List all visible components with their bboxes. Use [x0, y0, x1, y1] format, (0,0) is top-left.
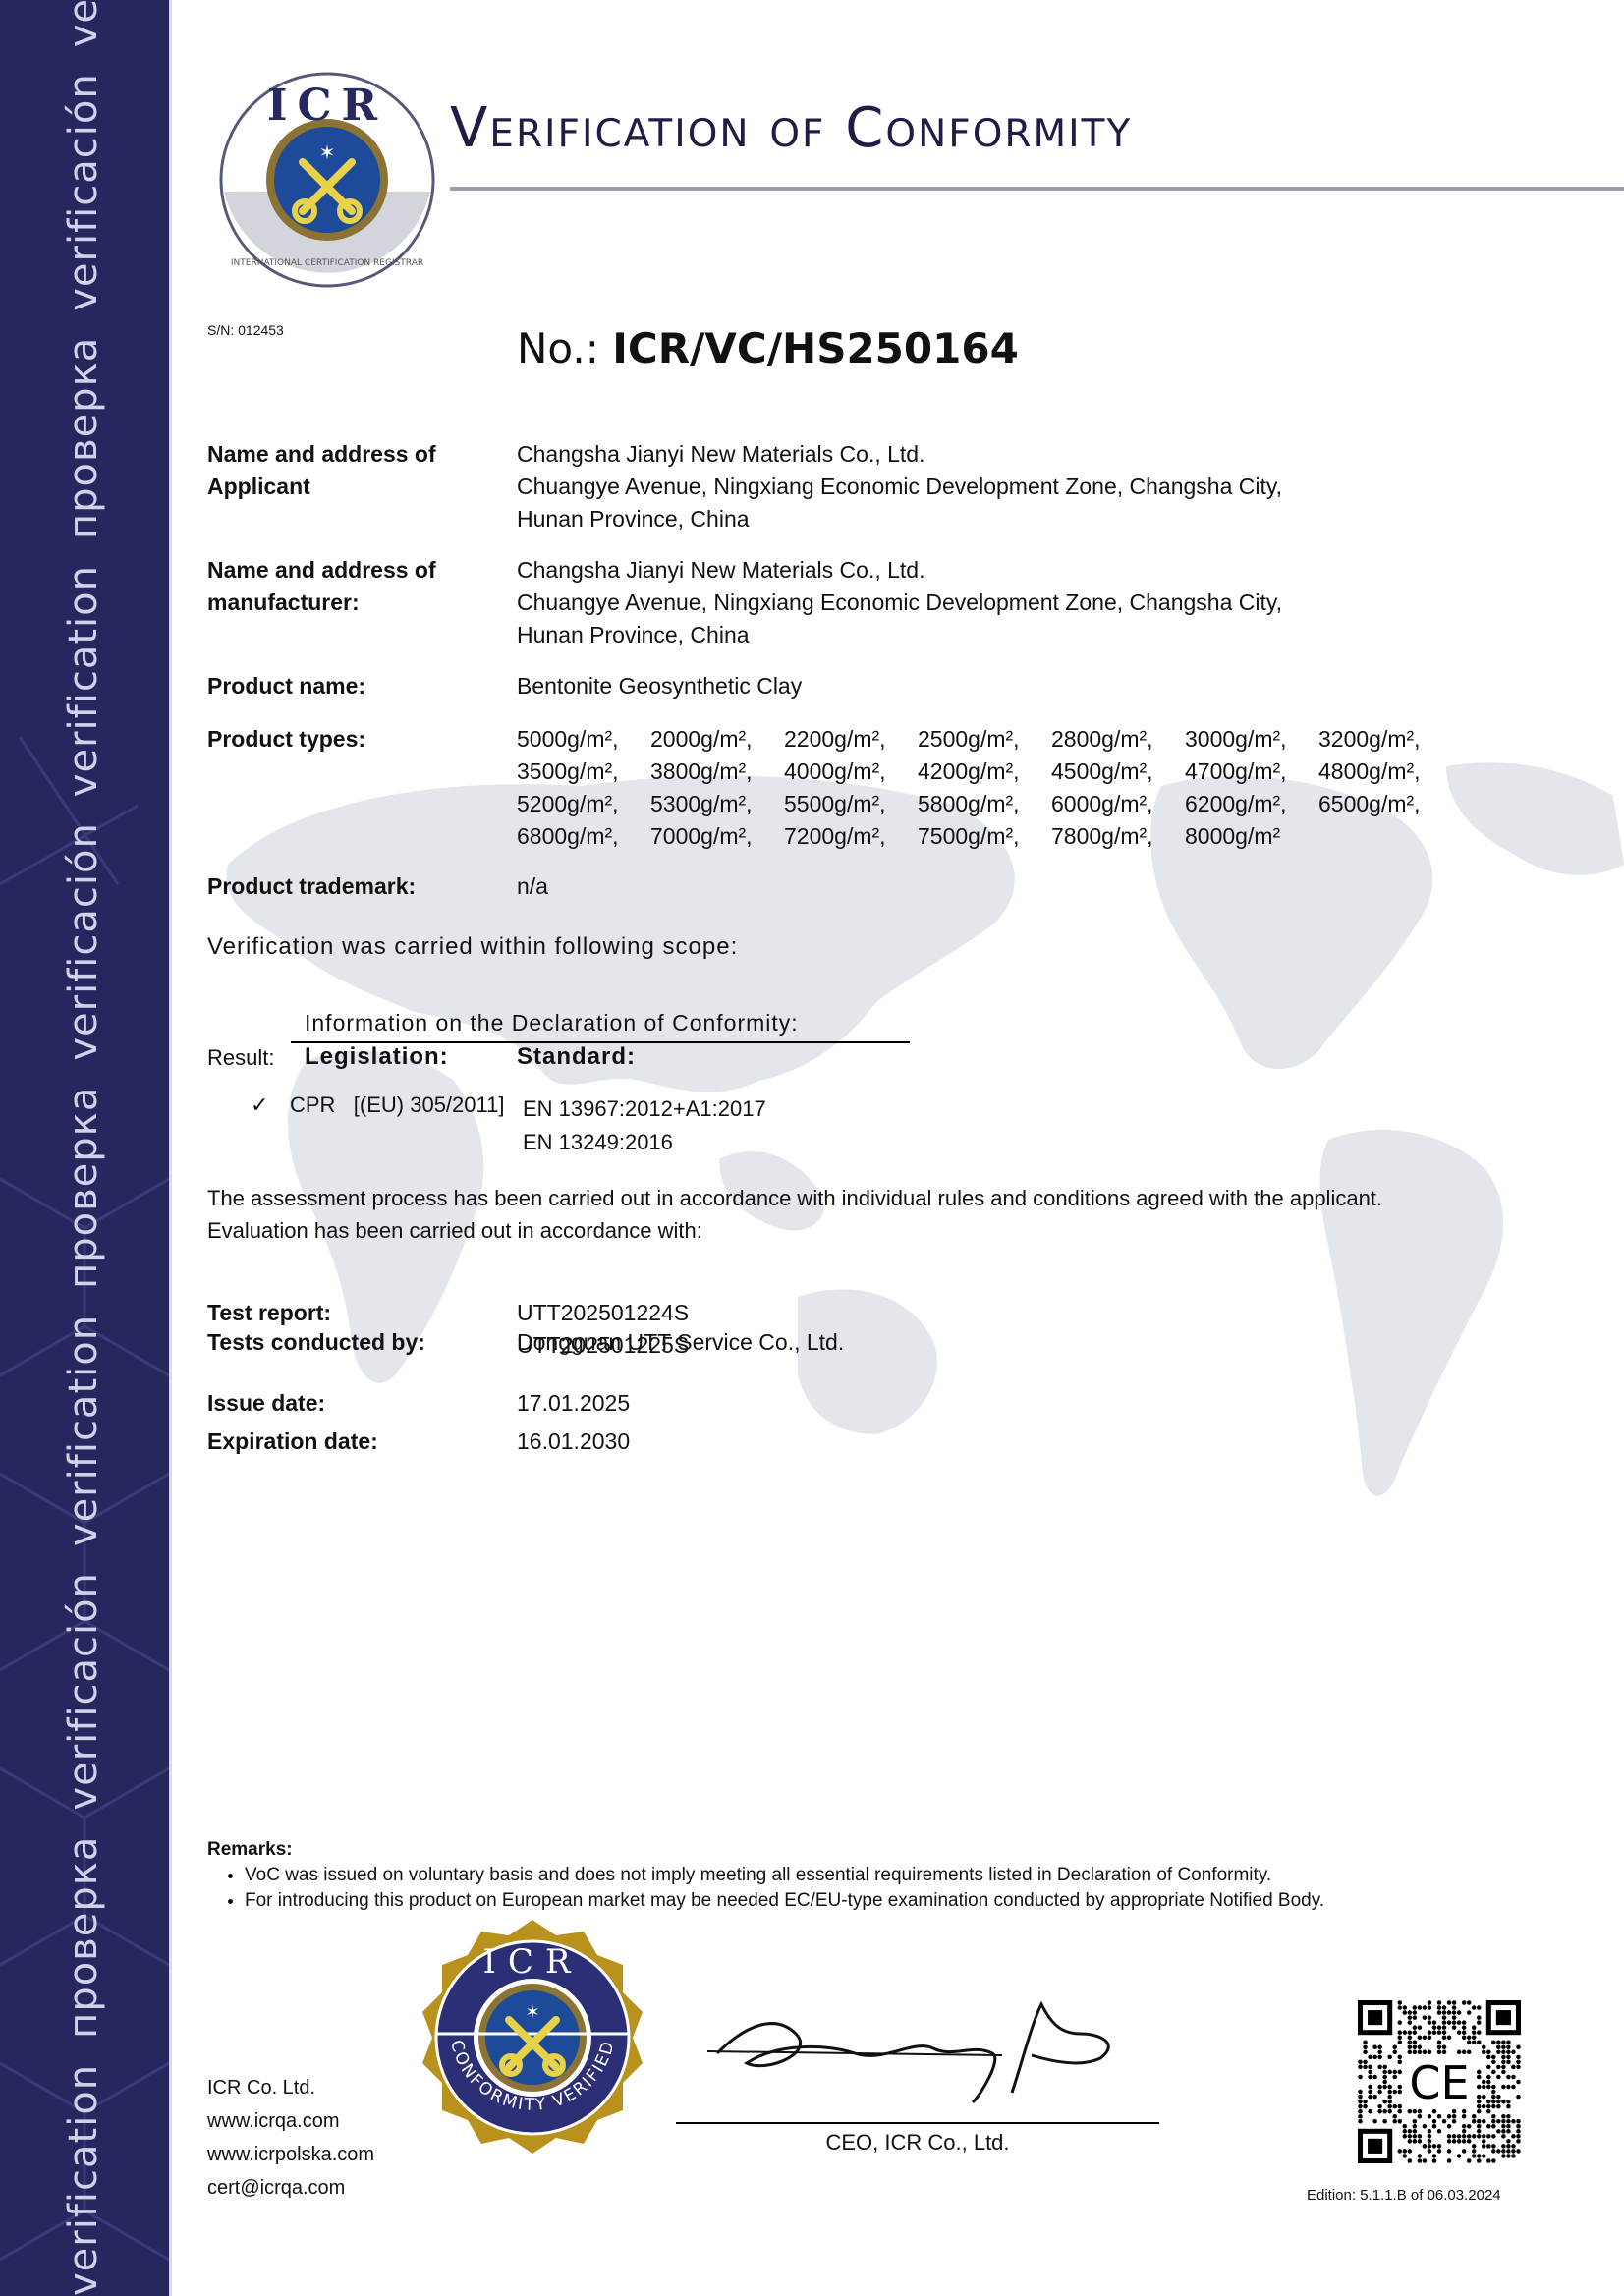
product-type-item: 3000g/m², — [1185, 723, 1318, 756]
document-number-value: ICR/VC/HS250164 — [612, 324, 1019, 372]
remark-item: For introducing this product on European… — [245, 1888, 1324, 1914]
standard-header: Standard: — [517, 1043, 636, 1071]
svg-text:✶: ✶ — [525, 2002, 539, 2022]
sidebar-word: verificación — [61, 822, 106, 1060]
product-type-item: 5200g/m², — [517, 788, 650, 820]
product-type-item: 3500g/m², — [517, 756, 650, 788]
product-type-item: 6500g/m², — [1318, 788, 1452, 820]
icr-logo-icon: ICR ✶ INTERNATIONAL CERTIFICATION REGIST… — [216, 69, 438, 291]
sidebar-word: проверка — [61, 337, 106, 539]
title-underline — [450, 187, 1624, 191]
product-type-item: 4200g/m², — [918, 756, 1051, 788]
sidebar-word: проверка — [61, 1087, 106, 1289]
sidebar-word: verificación — [61, 1572, 106, 1810]
legislation-header: Legislation: — [305, 1043, 449, 1071]
manufacturer-line: Hunan Province, China — [517, 619, 1597, 651]
product-type-item: 7500g/m², — [918, 820, 1051, 853]
applicant-label: Name and address of Applicant — [207, 438, 502, 503]
svg-text:CE: CE — [1409, 2056, 1469, 2109]
product-name-label: Product name: — [207, 670, 502, 702]
product-type-item: 3800g/m², — [650, 756, 784, 788]
trademark-label: Product trademark: — [207, 870, 502, 903]
test-report-label: Test report: — [207, 1297, 502, 1329]
signature-icon — [688, 1985, 1159, 2112]
manufacturer-line: Changsha Jianyi New Materials Co., Ltd. — [517, 554, 1597, 587]
product-type-item: 7800g/m², — [1051, 820, 1185, 853]
product-type-item: 8000g/m² — [1185, 820, 1318, 853]
doc-info-heading: Information on the Declaration of Confor… — [305, 1010, 799, 1036]
product-type-item: 4800g/m², — [1318, 756, 1452, 788]
trademark-value: n/a — [517, 870, 1597, 903]
edition-text: Edition: 5.1.1.B of 06.03.2024 — [1307, 2187, 1501, 2204]
product-type-item: 3200g/m², — [1318, 723, 1452, 756]
svg-text:ICR: ICR — [482, 1942, 582, 1982]
product-type-item: 5500g/m², — [784, 788, 918, 820]
product-type-item: 2800g/m², — [1051, 723, 1185, 756]
product-type-item: 6800g/m², — [517, 820, 650, 853]
product-type-item: 7200g/m², — [784, 820, 918, 853]
product-types-label: Product types: — [207, 723, 502, 756]
product-type-item: 4500g/m², — [1051, 756, 1185, 788]
svg-text:INTERNATIONAL CERTIFICATION RE: INTERNATIONAL CERTIFICATION REGISTRAR — [231, 258, 423, 268]
assessment-line: Evaluation has been carried out in accor… — [207, 1214, 1382, 1247]
sidebar-banner: verificationпроверкаverificaciónverifica… — [0, 0, 172, 2296]
product-type-item: 4700g/m², — [1185, 756, 1318, 788]
expiration-date-label: Expiration date: — [207, 1426, 502, 1458]
product-type-item: 5000g/m², — [517, 723, 650, 756]
applicant-line: Chuangye Avenue, Ningxiang Economic Deve… — [517, 471, 1597, 503]
product-type-item: 5300g/m², — [650, 788, 784, 820]
qr-code-icon[interactable]: CE — [1358, 2000, 1521, 2163]
website-link[interactable]: www.icrpolska.com — [207, 2138, 374, 2171]
sidebar-word: verificación — [61, 73, 106, 310]
scope-intro: Verification was carried within followin… — [207, 933, 738, 961]
document-number-prefix: No.: — [517, 324, 599, 372]
issue-date-value: 17.01.2025 — [517, 1387, 1597, 1420]
legislation-value: CPR [(EU) 305/2011] — [290, 1092, 504, 1118]
company-name: ICR Co. Ltd. — [207, 2071, 374, 2104]
product-type-item: 4000g/m², — [784, 756, 918, 788]
applicant-line: Hunan Province, China — [517, 503, 1597, 535]
product-type-item: 6200g/m², — [1185, 788, 1318, 820]
document-number: No.: ICR/VC/HS250164 — [517, 324, 1019, 372]
product-name-value: Bentonite Geosynthetic Clay — [517, 670, 1597, 702]
conformity-verified-seal-icon: ICR ✶ CONFORMITY VERIFIED — [413, 1918, 652, 2154]
sidebar-word: verification — [61, 565, 106, 797]
remarks-section: Remarks: VoC was issued on voluntary bas… — [207, 1837, 1324, 1914]
product-type-item: 2200g/m², — [784, 723, 918, 756]
standard-item: EN 13967:2012+A1:2017 — [523, 1092, 766, 1126]
sidebar-word: verification — [61, 2064, 106, 2296]
applicant-value: Changsha Jianyi New Materials Co., Ltd. … — [517, 438, 1597, 535]
sidebar-watermark-text: verificationпроверкаverificaciónverifica… — [29, 0, 138, 2296]
expiration-date-value: 16.01.2030 — [517, 1426, 1597, 1458]
tests-by-value: Dongguan UTT Service Co., Ltd. — [517, 1326, 1597, 1359]
remark-item: VoC was issued on voluntary basis and do… — [245, 1863, 1324, 1888]
product-type-item: 5800g/m², — [918, 788, 1051, 820]
document-title: Verification of Conformity — [450, 96, 1132, 160]
sidebar-word: проверка — [61, 1836, 106, 2039]
sidebar-word: verification — [61, 0, 106, 47]
manufacturer-value: Changsha Jianyi New Materials Co., Ltd. … — [517, 554, 1597, 651]
product-type-item: 2000g/m², — [650, 723, 784, 756]
signature-title: CEO, ICR Co., Ltd. — [676, 2130, 1159, 2156]
product-types-grid: 5000g/m²,2000g/m²,2200g/m²,2500g/m²,2800… — [517, 723, 1597, 853]
assessment-line: The assessment process has been carried … — [207, 1182, 1382, 1214]
manufacturer-label: Name and address of manufacturer: — [207, 554, 502, 619]
applicant-line: Changsha Jianyi New Materials Co., Ltd. — [517, 438, 1597, 471]
email-link[interactable]: cert@icrqa.com — [207, 2171, 374, 2205]
svg-text:✶: ✶ — [319, 142, 336, 164]
tests-by-label: Tests conducted by: — [207, 1326, 502, 1359]
test-report-item: UTT202501224S — [517, 1297, 1597, 1329]
manufacturer-line: Chuangye Avenue, Ningxiang Economic Deve… — [517, 587, 1597, 619]
standard-item: EN 13249:2016 — [523, 1126, 766, 1159]
result-label: Result: — [207, 1045, 274, 1071]
assessment-paragraph: The assessment process has been carried … — [207, 1182, 1382, 1247]
issue-date-label: Issue date: — [207, 1387, 502, 1420]
product-type-item: 2500g/m², — [918, 723, 1051, 756]
product-type-item: 7000g/m², — [650, 820, 784, 853]
sidebar-word: verification — [61, 1315, 106, 1546]
product-type-item: 6000g/m², — [1051, 788, 1185, 820]
standards-list: EN 13967:2012+A1:2017 EN 13249:2016 — [523, 1092, 766, 1159]
remarks-title: Remarks: — [207, 1837, 1324, 1863]
website-link[interactable]: www.icrqa.com — [207, 2104, 374, 2138]
serial-number: S/N: 012453 — [207, 322, 284, 338]
signature-line — [676, 2122, 1159, 2124]
contact-info: ICR Co. Ltd. www.icrqa.com www.icrpolska… — [207, 2071, 374, 2205]
svg-text:ICR: ICR — [267, 81, 387, 131]
checkmark-icon: ✓ — [251, 1092, 268, 1118]
